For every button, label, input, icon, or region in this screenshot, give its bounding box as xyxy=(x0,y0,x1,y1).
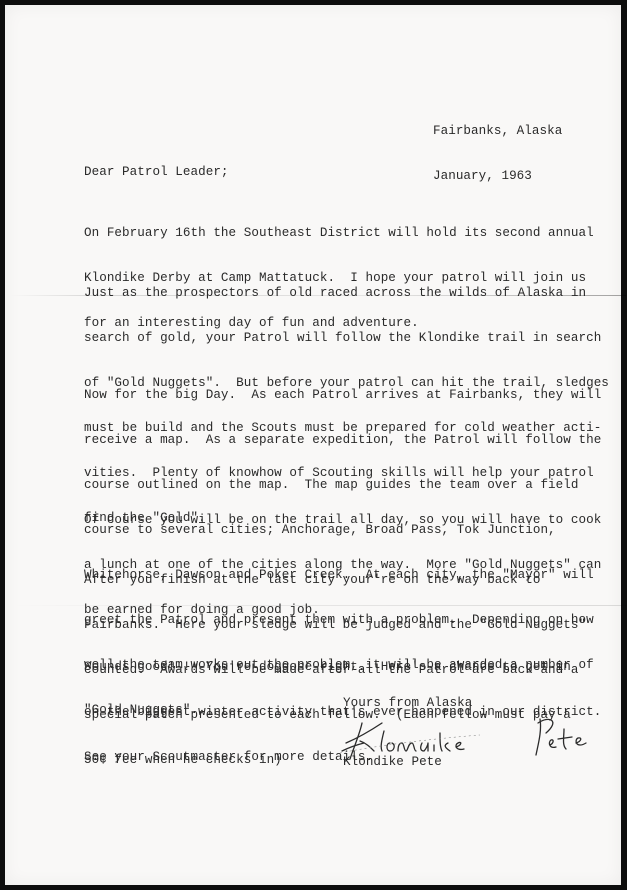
text-line: Just as the prospectors of old raced acr… xyxy=(84,286,609,301)
text-line: Now for the big Day. As each Patrol arri… xyxy=(84,388,601,403)
letter-page: Fairbanks, Alaska January, 1963 Dear Pat… xyxy=(5,5,621,885)
salutation: Dear Patrol Leader; xyxy=(84,165,229,180)
place: Fairbanks, Alaska xyxy=(433,124,562,139)
text-line: Sounds good!!!! You're doggone right. He… xyxy=(84,660,601,675)
text-line: search of gold, your Patrol will follow … xyxy=(84,331,609,346)
date: January, 1963 xyxy=(433,169,562,184)
text-line: receive a map. As a separate expedition,… xyxy=(84,433,601,448)
text-line: On February 16th the Southeast District … xyxy=(84,226,594,241)
signer-name: Klondike Pete xyxy=(343,755,442,770)
text-line: After you finish at the last city your'r… xyxy=(84,573,586,588)
closing: Yours from Alaska xyxy=(343,696,472,711)
text-line: Of course you will be on the trail all d… xyxy=(84,513,601,528)
